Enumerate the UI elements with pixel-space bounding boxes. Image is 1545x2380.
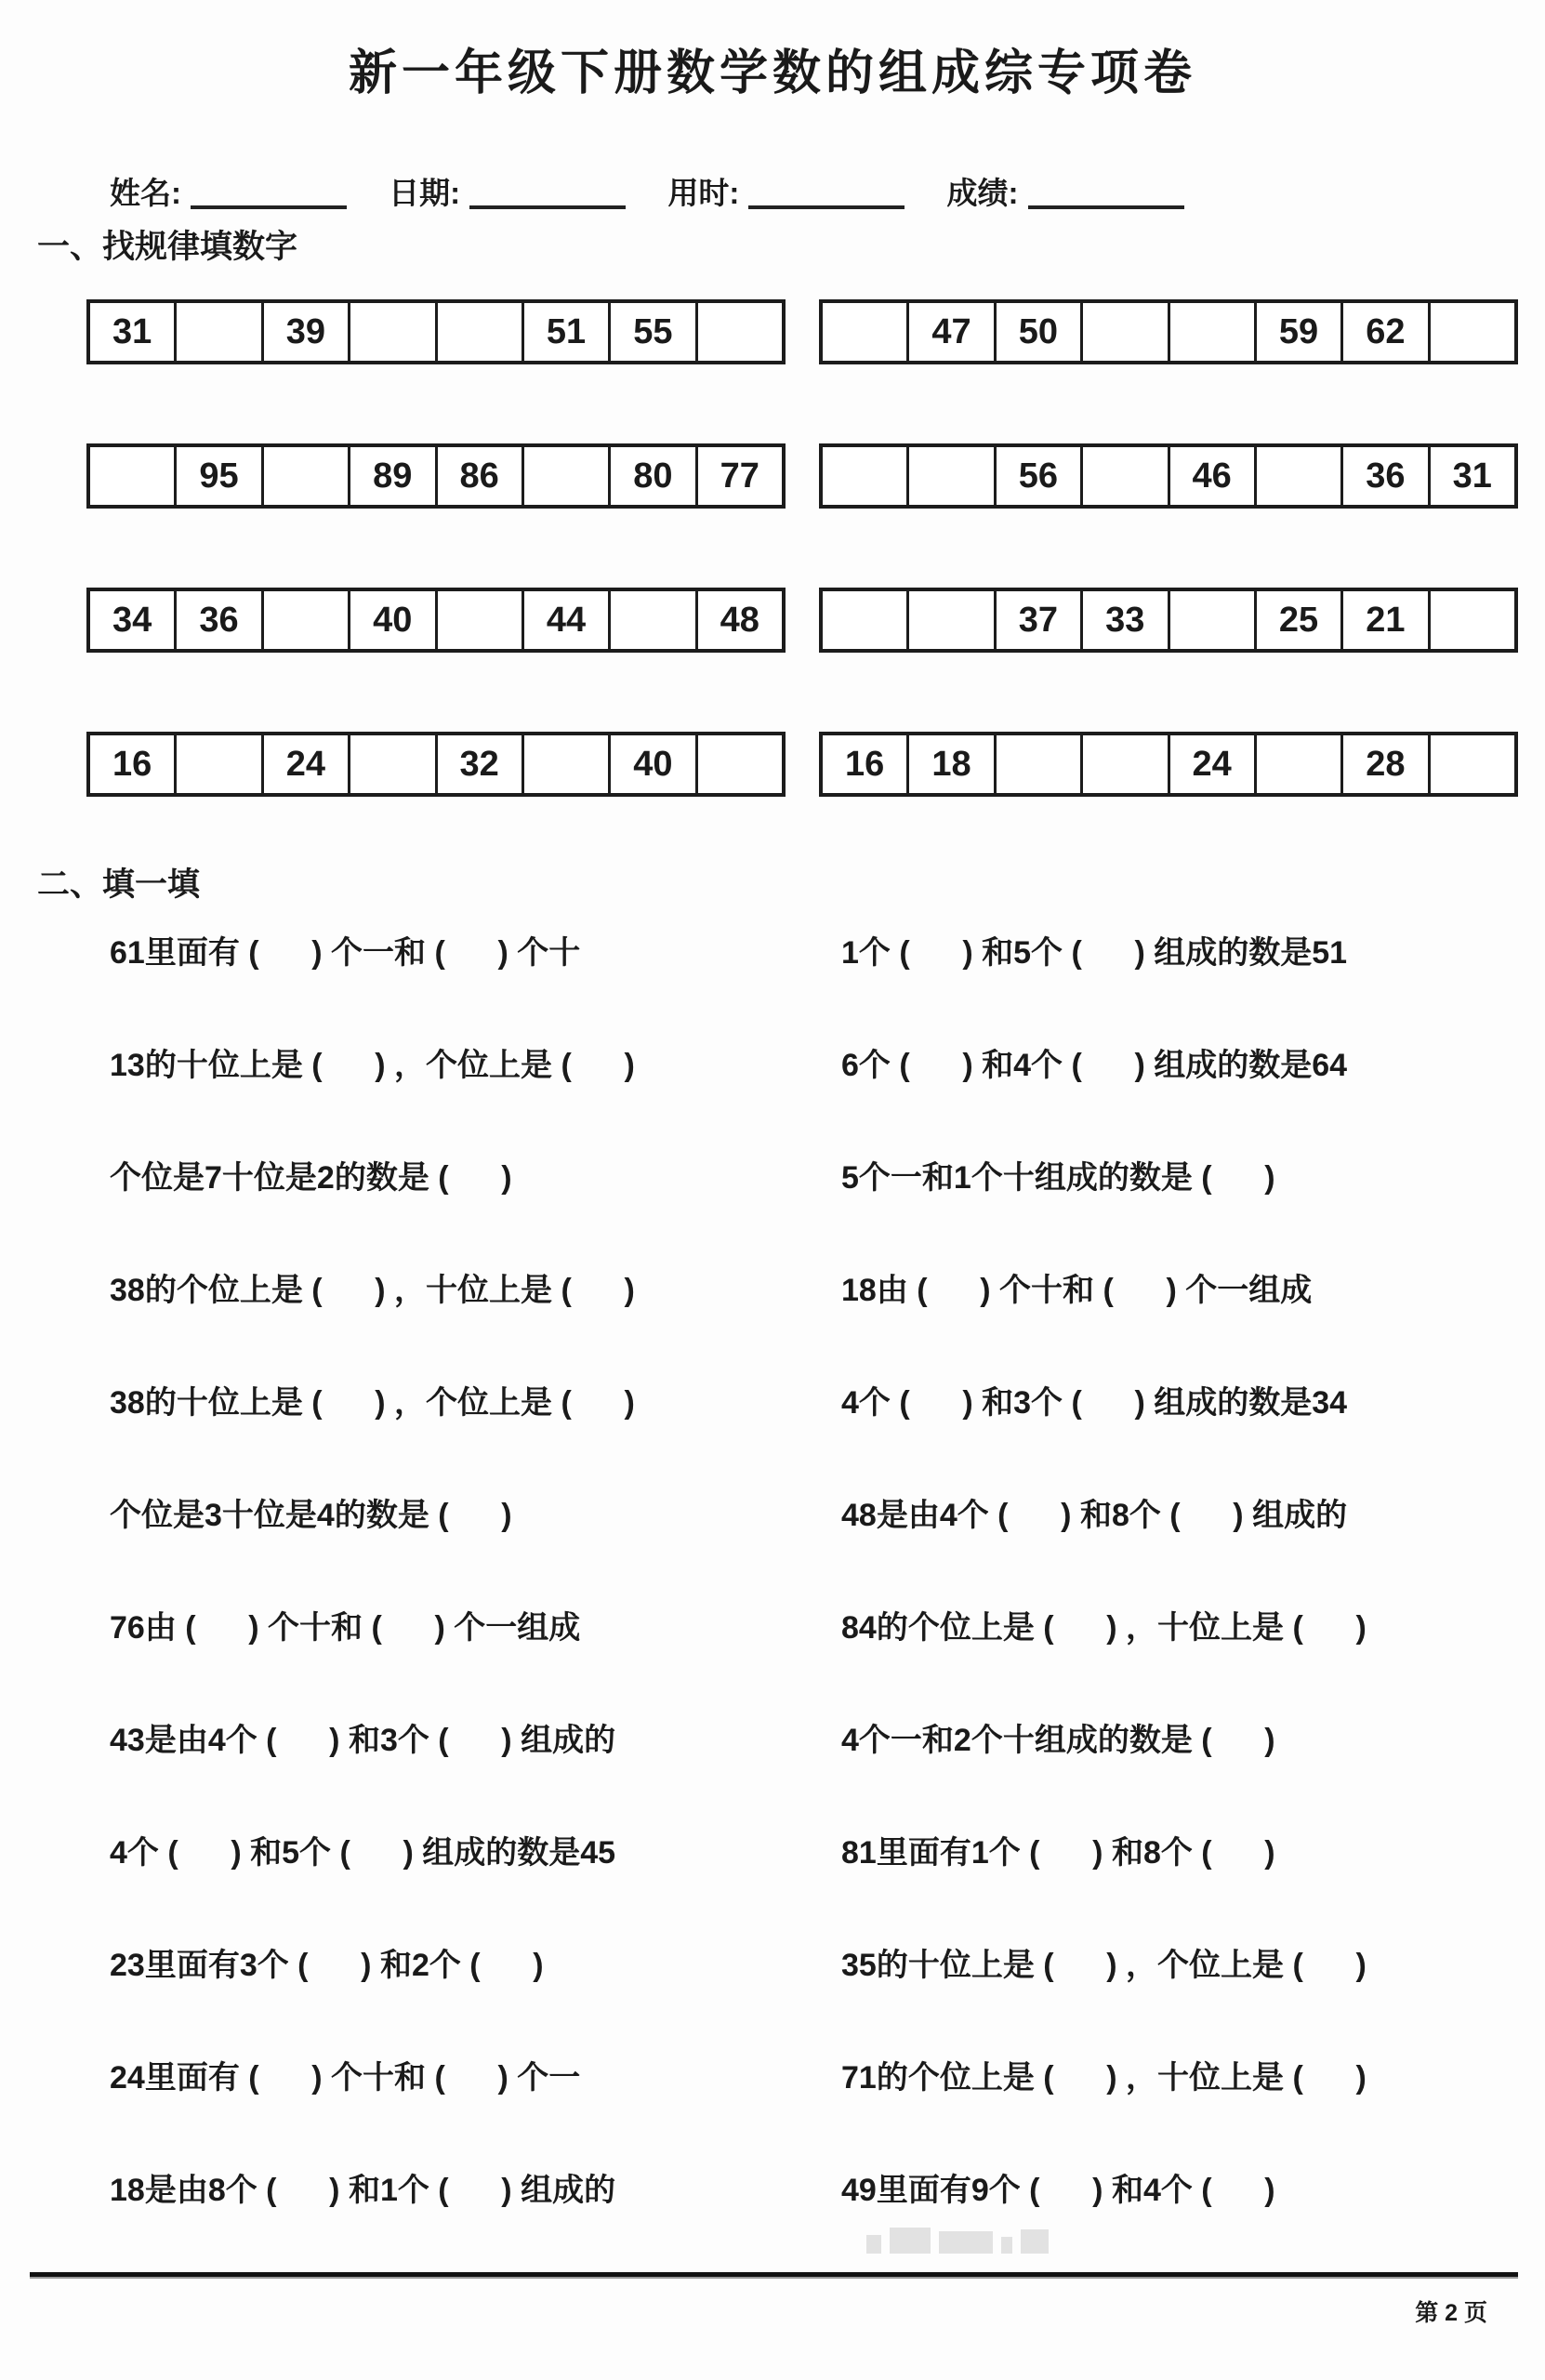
number-sequence-table-2: 47 50 59 62 bbox=[819, 299, 1518, 364]
score-label: 成绩: bbox=[947, 176, 1019, 210]
table-cell bbox=[435, 303, 522, 361]
table-cell bbox=[695, 735, 782, 793]
table-cell bbox=[174, 303, 260, 361]
question-left-8: 43是由4个 ( ) 和3个 ( ) 组成的 bbox=[110, 1719, 841, 1831]
table-cell bbox=[261, 447, 348, 505]
number-sequence-table-1: 31 39 51 55 bbox=[86, 299, 786, 364]
table-cell: 33 bbox=[1080, 591, 1167, 649]
table-cell: 86 bbox=[435, 447, 522, 505]
table-cell bbox=[823, 303, 906, 361]
number-sequence-table-3: 95 89 86 80 77 bbox=[86, 443, 786, 509]
worksheet-page: 新一年级下册数学数的组成综专项卷 姓名: 日期: 用时: 成绩: 一、找规律填数… bbox=[0, 0, 1545, 2380]
name-field: 姓名: bbox=[110, 176, 367, 210]
page-number: 第 2 页 bbox=[1415, 2294, 1487, 2328]
table-cell bbox=[1080, 735, 1167, 793]
number-sequence-table-5: 34 36 40 44 48 bbox=[86, 588, 786, 653]
question-right-7: 84的个位上是 ( ) ，十位上是 ( ) bbox=[841, 1606, 1508, 1719]
question-right-2: 6个 ( ) 和4个 ( ) 组成的数是64 bbox=[841, 1044, 1508, 1157]
table-cell: 80 bbox=[608, 447, 694, 505]
question-left-4: 38的个位上是 ( ) ，十位上是 ( ) bbox=[110, 1269, 841, 1382]
table-cell: 37 bbox=[994, 591, 1080, 649]
question-right-5: 4个 ( ) 和3个 ( ) 组成的数是34 bbox=[841, 1382, 1508, 1494]
table-cell: 56 bbox=[994, 447, 1080, 505]
table-cell: 47 bbox=[906, 303, 993, 361]
table-cell: 31 bbox=[90, 303, 174, 361]
table-cell: 16 bbox=[823, 735, 906, 793]
question-right-6: 48是由4个 ( ) 和8个 ( ) 组成的 bbox=[841, 1494, 1508, 1606]
table-row-1: 31 39 51 55 47 50 59 62 bbox=[0, 299, 1545, 364]
number-sequence-table-8: 16 18 24 28 bbox=[819, 732, 1518, 797]
table-cell bbox=[348, 735, 434, 793]
question-left-9: 4个 ( ) 和5个 ( ) 组成的数是45 bbox=[110, 1831, 841, 1944]
question-right-4: 18由 ( ) 个十和 ( ) 个一组成 bbox=[841, 1269, 1508, 1382]
question-right-3: 5个一和1个十组成的数是 ( ) bbox=[841, 1157, 1508, 1269]
table-cell bbox=[174, 735, 260, 793]
table-cell: 31 bbox=[1428, 447, 1514, 505]
table-cell: 28 bbox=[1340, 735, 1427, 793]
table-row-3: 34 36 40 44 48 37 33 25 21 bbox=[0, 588, 1545, 653]
table-cell: 18 bbox=[906, 735, 993, 793]
table-cell: 55 bbox=[608, 303, 694, 361]
table-cell: 25 bbox=[1254, 591, 1340, 649]
table-cell: 48 bbox=[695, 591, 782, 649]
name-blank bbox=[191, 178, 347, 209]
question-right-8: 4个一和2个十组成的数是 ( ) bbox=[841, 1719, 1508, 1831]
table-cell: 62 bbox=[1340, 303, 1427, 361]
table-cell: 32 bbox=[435, 735, 522, 793]
name-label: 姓名: bbox=[110, 176, 181, 210]
table-cell bbox=[695, 303, 782, 361]
page-title: 新一年级下册数学数的组成综专项卷 bbox=[0, 33, 1545, 103]
section-two-heading: 二、填一填 bbox=[37, 859, 200, 906]
table-cell: 39 bbox=[261, 303, 348, 361]
date-label: 日期: bbox=[389, 176, 460, 210]
table-cell bbox=[994, 735, 1080, 793]
table-cell bbox=[1168, 591, 1254, 649]
table-cell bbox=[1080, 303, 1167, 361]
table-cell bbox=[522, 447, 608, 505]
table-cell bbox=[1254, 735, 1340, 793]
fill-in-questions: 61里面有 ( ) 个一和 ( ) 个十 1个 ( ) 和5个 ( ) 组成的数… bbox=[110, 932, 1508, 2281]
table-cell: 40 bbox=[348, 591, 434, 649]
table-cell: 51 bbox=[522, 303, 608, 361]
table-cell: 77 bbox=[695, 447, 782, 505]
table-cell bbox=[823, 591, 906, 649]
question-left-11: 24里面有 ( ) 个十和 ( ) 个一 bbox=[110, 2056, 841, 2169]
footer-rule bbox=[30, 2272, 1518, 2279]
table-cell bbox=[906, 591, 993, 649]
question-left-12: 18是由8个 ( ) 和1个 ( ) 组成的 bbox=[110, 2169, 841, 2281]
time-used-blank bbox=[748, 178, 905, 209]
section-one-heading: 一、找规律填数字 bbox=[37, 221, 297, 268]
table-cell bbox=[1428, 303, 1514, 361]
question-right-12: 49里面有9个 ( ) 和4个 ( ) bbox=[841, 2169, 1508, 2281]
table-cell: 24 bbox=[1168, 735, 1254, 793]
table-row-4: 16 24 32 40 16 18 24 28 bbox=[0, 732, 1545, 797]
table-cell bbox=[90, 447, 174, 505]
table-cell bbox=[1428, 735, 1514, 793]
table-cell bbox=[522, 735, 608, 793]
meta-row: 姓名: 日期: 用时: 成绩: bbox=[110, 169, 1508, 213]
question-right-1: 1个 ( ) 和5个 ( ) 组成的数是51 bbox=[841, 932, 1508, 1044]
table-cell: 46 bbox=[1168, 447, 1254, 505]
table-cell: 34 bbox=[90, 591, 174, 649]
table-cell: 89 bbox=[348, 447, 434, 505]
question-right-11: 71的个位上是 ( ) ，十位上是 ( ) bbox=[841, 2056, 1508, 2169]
table-cell bbox=[1080, 447, 1167, 505]
date-blank bbox=[469, 178, 626, 209]
question-left-2: 13的十位上是 ( ) ，个位上是 ( ) bbox=[110, 1044, 841, 1157]
table-cell bbox=[1428, 591, 1514, 649]
table-cell bbox=[906, 447, 993, 505]
score-field: 成绩: bbox=[947, 176, 1205, 210]
number-sequence-table-7: 16 24 32 40 bbox=[86, 732, 786, 797]
score-blank bbox=[1028, 178, 1184, 209]
table-cell: 59 bbox=[1254, 303, 1340, 361]
number-sequence-table-6: 37 33 25 21 bbox=[819, 588, 1518, 653]
table-cell bbox=[823, 447, 906, 505]
question-left-3: 个位是7十位是2的数是 ( ) bbox=[110, 1157, 841, 1269]
table-cell bbox=[1254, 447, 1340, 505]
table-cell: 50 bbox=[994, 303, 1080, 361]
question-right-9: 81里面有1个 ( ) 和8个 ( ) bbox=[841, 1831, 1508, 1944]
table-row-2: 95 89 86 80 77 56 46 36 31 bbox=[0, 443, 1545, 509]
question-left-6: 个位是3十位是4的数是 ( ) bbox=[110, 1494, 841, 1606]
table-cell bbox=[1168, 303, 1254, 361]
date-field: 日期: bbox=[389, 176, 646, 210]
question-left-7: 76由 ( ) 个十和 ( ) 个一组成 bbox=[110, 1606, 841, 1719]
table-cell: 16 bbox=[90, 735, 174, 793]
number-sequence-table-4: 56 46 36 31 bbox=[819, 443, 1518, 509]
question-left-10: 23里面有3个 ( ) 和2个 ( ) bbox=[110, 1944, 841, 2056]
time-used-label: 用时: bbox=[667, 176, 739, 210]
time-used-field: 用时: bbox=[667, 176, 925, 210]
table-cell bbox=[348, 303, 434, 361]
table-cell: 95 bbox=[174, 447, 260, 505]
table-cell: 36 bbox=[174, 591, 260, 649]
table-cell: 44 bbox=[522, 591, 608, 649]
table-cell bbox=[435, 591, 522, 649]
question-left-5: 38的十位上是 ( ) ，个位上是 ( ) bbox=[110, 1382, 841, 1494]
table-cell: 21 bbox=[1340, 591, 1427, 649]
watermark bbox=[866, 2228, 1049, 2254]
question-right-10: 35的十位上是 ( ) ，个位上是 ( ) bbox=[841, 1944, 1508, 2056]
table-cell: 24 bbox=[261, 735, 348, 793]
table-cell: 40 bbox=[608, 735, 694, 793]
table-cell bbox=[608, 591, 694, 649]
number-pattern-tables: 31 39 51 55 47 50 59 62 bbox=[0, 299, 1545, 876]
table-cell bbox=[261, 591, 348, 649]
question-left-1: 61里面有 ( ) 个一和 ( ) 个十 bbox=[110, 932, 841, 1044]
table-cell: 36 bbox=[1340, 447, 1427, 505]
